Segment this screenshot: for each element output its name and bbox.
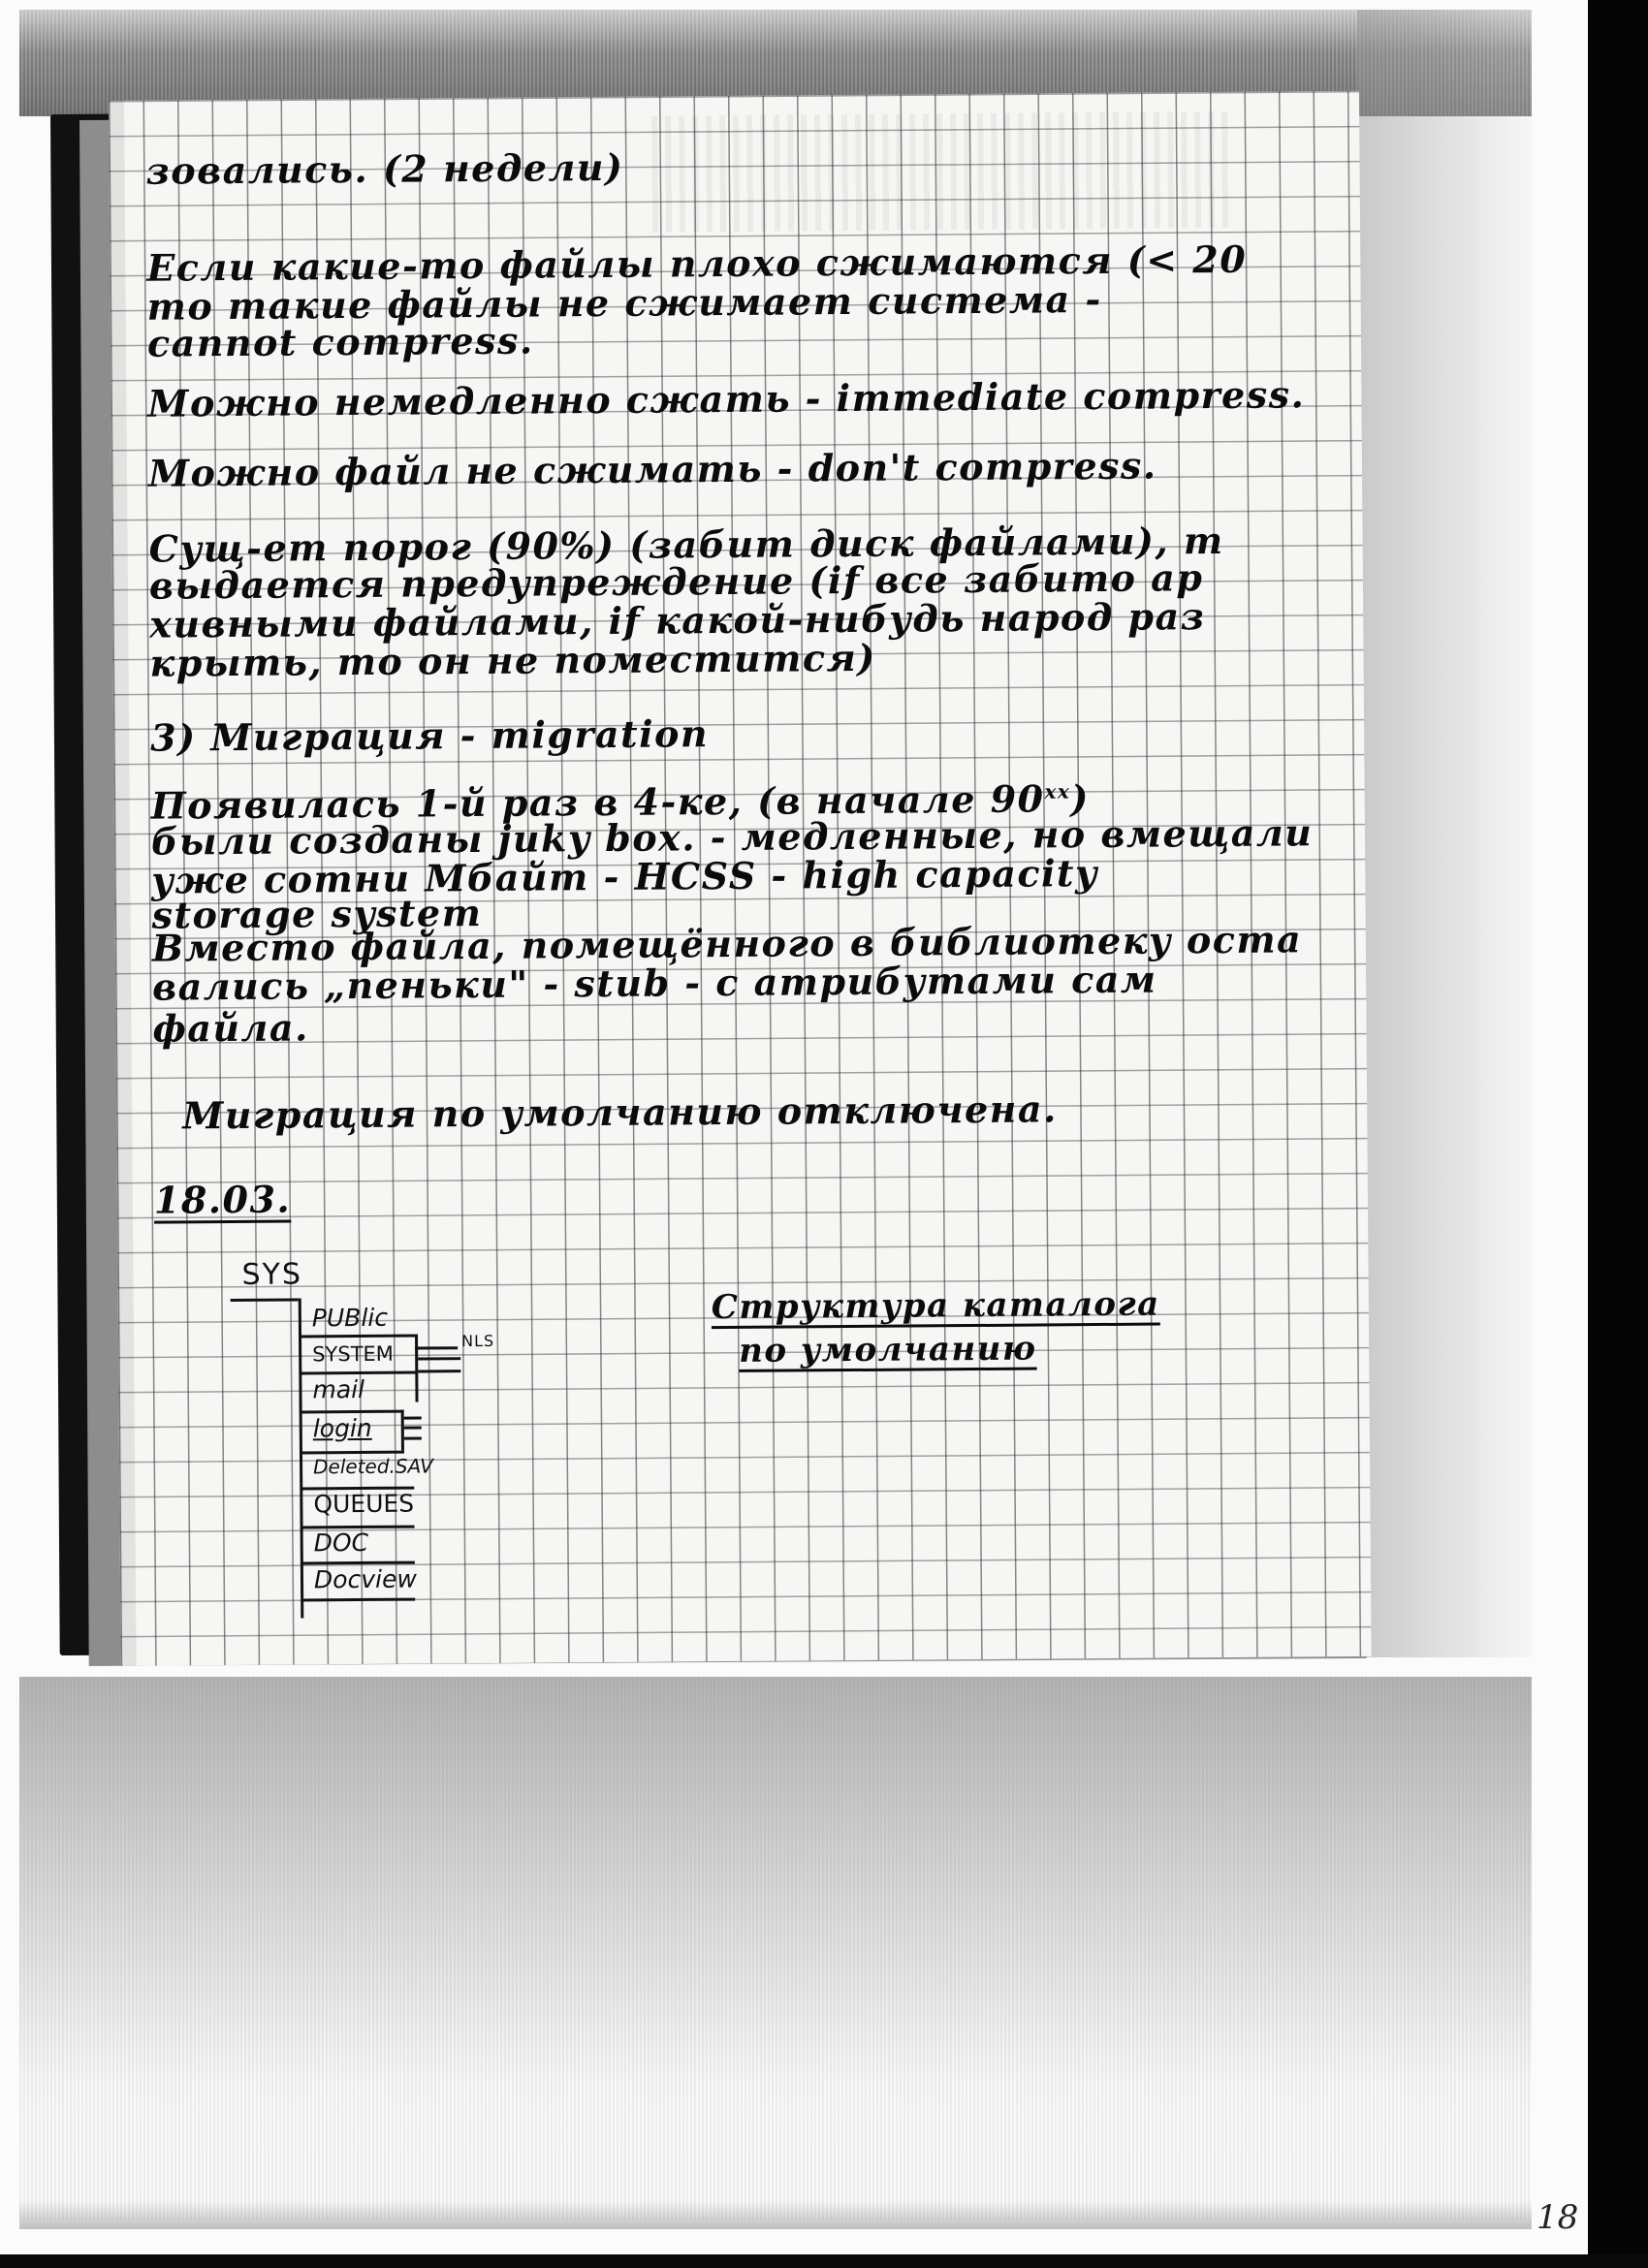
tree-root: SYS <box>241 1257 302 1291</box>
tree-root-underline <box>231 1299 299 1303</box>
scanner-edge-bottom <box>0 2254 1648 2268</box>
scan-shadow-right <box>1357 10 1532 1657</box>
tree-divider <box>302 1598 415 1602</box>
tree-node: SYSTEM <box>312 1342 394 1367</box>
text-line: вались „пеньки" - stub - с атрибутами са… <box>152 958 1157 1009</box>
superscript: xx <box>1044 780 1070 803</box>
system-bracket <box>415 1335 419 1402</box>
page-number: 18 <box>1537 2198 1578 2237</box>
tree-node: Deleted.SAV <box>313 1454 433 1478</box>
date-heading: 18.03. <box>154 1178 292 1222</box>
text-line: Можно файл не сжимать - don't compress. <box>148 444 1157 495</box>
login-branch <box>404 1437 422 1440</box>
caption-line-1: Структура каталога <box>712 1285 1160 1328</box>
scan-shadow-bottom-strip <box>19 2200 1532 2229</box>
tree-node: mail <box>312 1375 364 1403</box>
system-branch <box>415 1346 458 1349</box>
text-line: файла. <box>152 1005 309 1050</box>
text-line: cannot compress. <box>147 319 534 365</box>
tree-trunk <box>299 1298 304 1618</box>
tree-node: Docview <box>314 1565 417 1594</box>
tree-node: DOC <box>314 1528 369 1557</box>
text-line: Можно немедленно сжать - immediate compr… <box>147 372 1305 425</box>
scanner-edge-right <box>1588 0 1648 2268</box>
login-branch <box>404 1417 422 1420</box>
section-heading: 3) Миграция - migration <box>150 711 709 760</box>
scan-shadow-bottom <box>19 1677 1532 2220</box>
ink-bleed-through <box>651 111 1234 233</box>
system-branch <box>418 1370 460 1372</box>
tree-node: QUEUES <box>313 1490 414 1519</box>
system-branch <box>418 1357 460 1360</box>
text-line: зовались. (2 недели) <box>145 145 623 193</box>
notebook-page: зовались. (2 недели) Если какие-то файлы… <box>109 91 1372 1666</box>
tree-divider <box>301 1410 404 1414</box>
caption-line-2: по умолчанию <box>739 1330 1037 1370</box>
tree-divider <box>301 1371 417 1375</box>
tree-node: login <box>313 1414 372 1442</box>
tree-divider <box>301 1335 417 1339</box>
text-line: Миграция по умолчанию отключена. <box>182 1087 1058 1137</box>
tree-node: PUBlic <box>312 1304 388 1333</box>
nls-label: NLS <box>461 1332 494 1350</box>
login-branch <box>404 1427 422 1430</box>
text-line: крыть, то он не поместится) <box>149 636 876 685</box>
